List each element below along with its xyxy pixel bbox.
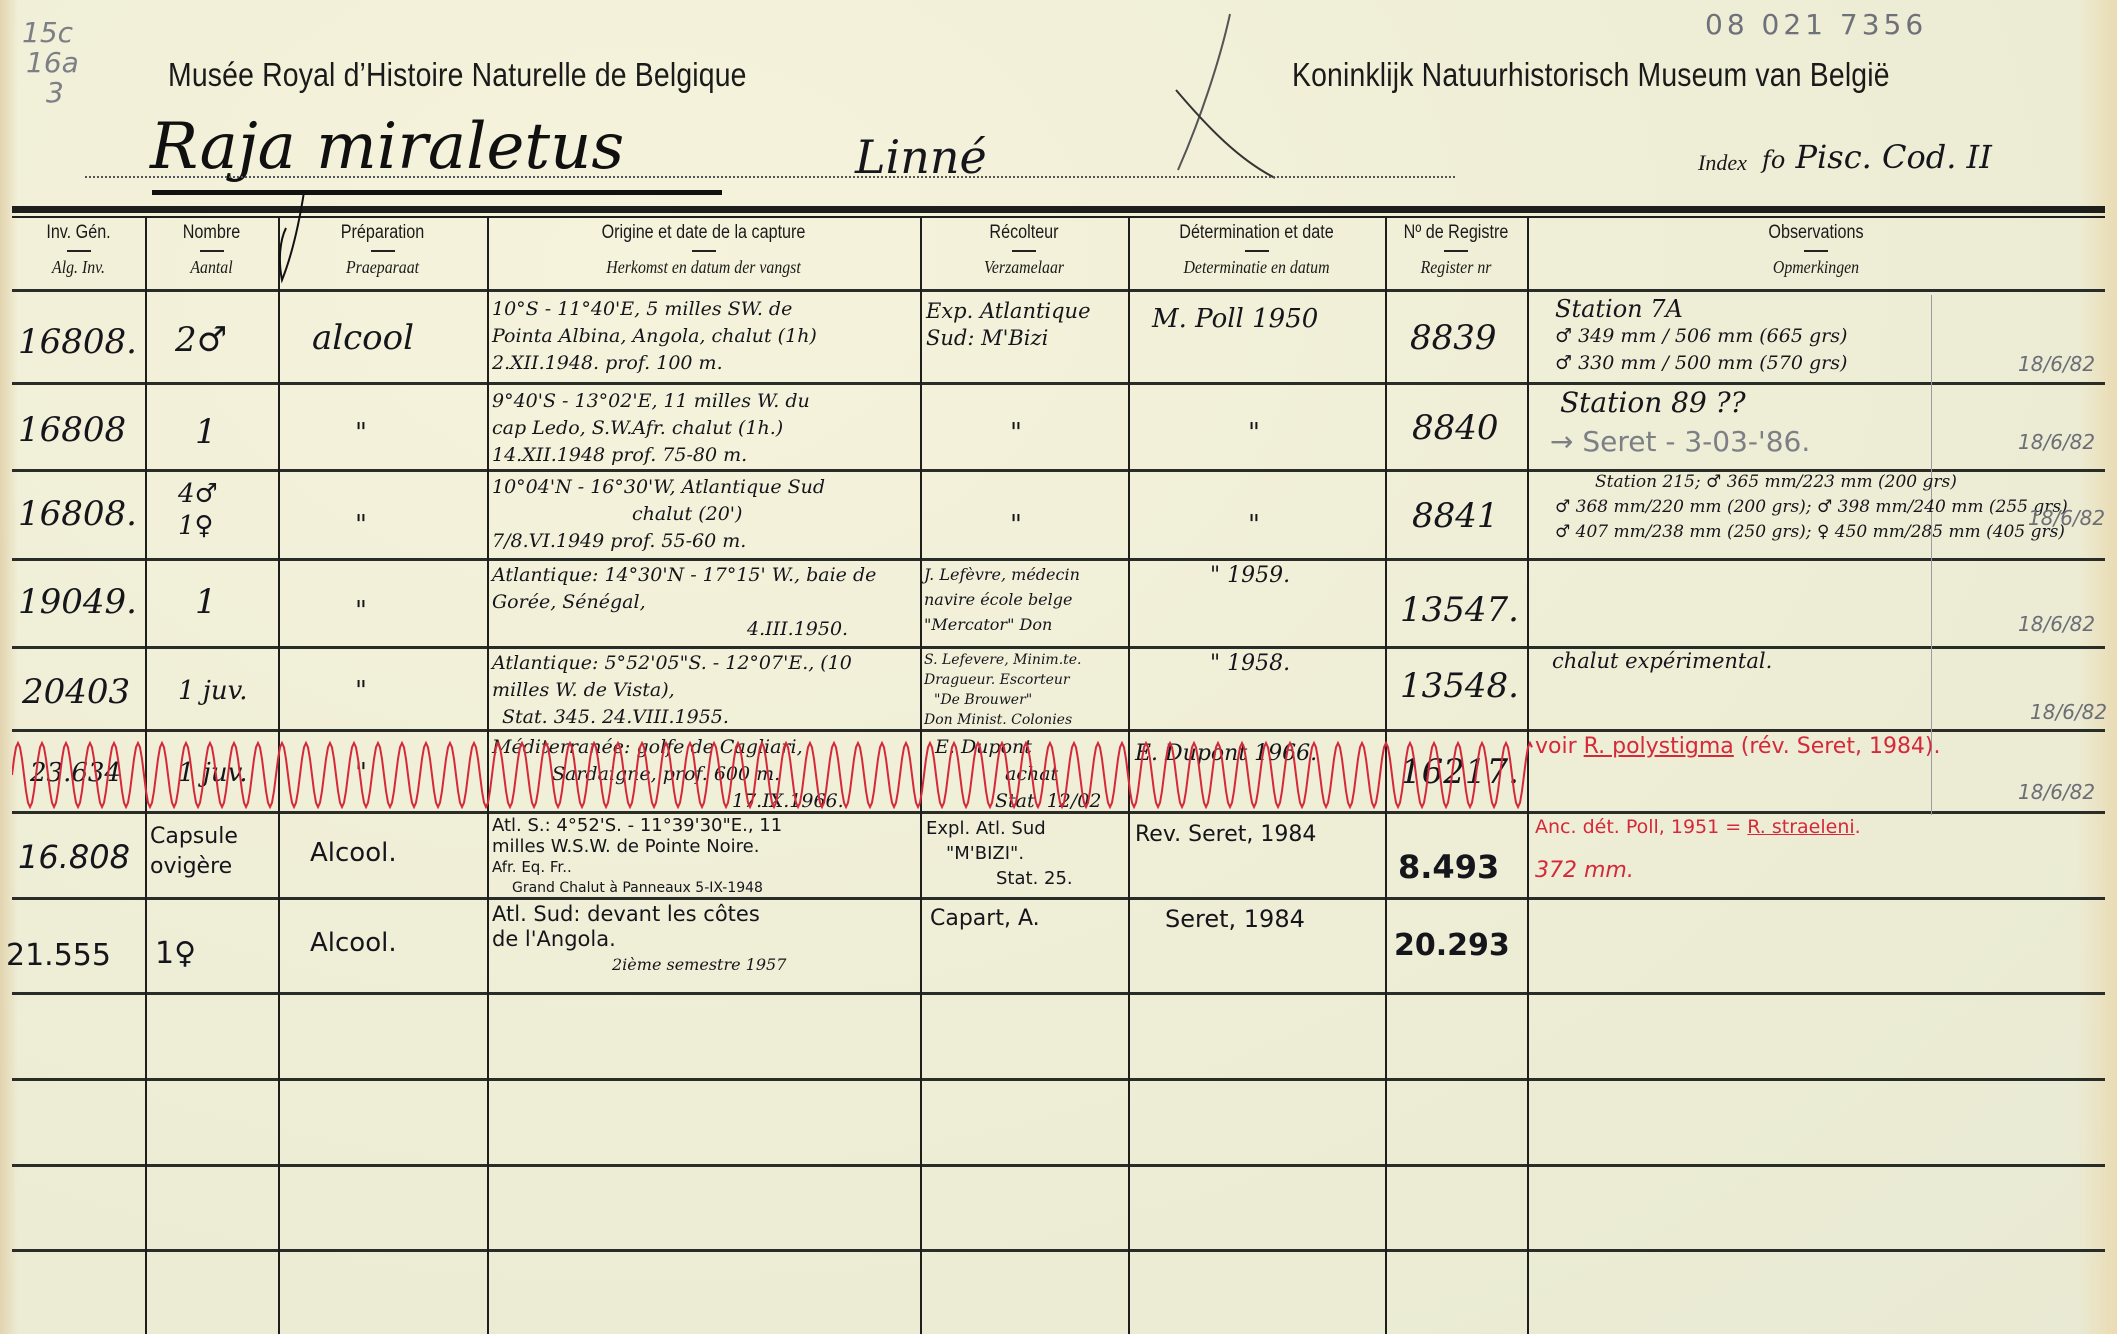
cell-determination: Seret, 1984 (1165, 905, 1305, 933)
pencil-note: 15c (22, 18, 79, 48)
cell-inv: 16808. (18, 494, 137, 534)
row-rule (12, 1249, 2105, 1252)
row-rule (12, 1078, 2105, 1081)
pencil-cross-mark-icon (1170, 10, 1280, 180)
header-nl: Opmerkingen (1562, 257, 2071, 278)
cell-origine: Atlantique: 5°52'05"S. - 12°07'E., (10mi… (492, 650, 852, 731)
cell-preparation: " (355, 510, 367, 540)
cell-nombre: 1♀ (155, 936, 196, 971)
cell-inv: 19049. (18, 582, 137, 622)
review-date-stamp: 18/6/82 (2018, 780, 2095, 804)
review-date-stamp: 18/6/82 (2018, 352, 2095, 376)
header-fr: Nombre (155, 222, 268, 244)
cell-preparation: Alcool. (310, 838, 397, 868)
header-fr: Nº de Registre (1396, 222, 1517, 244)
cell-origine: Atl. Sud: devant les côtesde l'Angola.2i… (492, 902, 786, 977)
index-label: Index (1698, 150, 1747, 176)
cell-observations: Station 7A♂ 349 mm / 506 mm (665 grs)♂ 3… (1555, 296, 1847, 377)
cell-registre: 8.493 (1398, 848, 1499, 886)
museum-index-card: 15c 16a 3 08 021 7356 Musée Royal d’Hist… (0, 0, 2117, 1334)
review-date-stamp: 18/6/82 (2018, 430, 2095, 454)
header-nl: Determinatie en datum (1143, 257, 1369, 278)
cell-preparation: " (355, 676, 367, 706)
header-nl: Verzamelaar (932, 257, 1115, 278)
column-header-recolteur: RécolteurVerzamelaar (920, 222, 1128, 278)
index-code: Pisc. Cod. II (1796, 138, 1992, 176)
institution-title-fr: Musée Royal d’Histoire Naturelle de Belg… (168, 56, 747, 94)
column-header-observations: ObservationsOpmerkingen (1527, 222, 2105, 278)
cell-inv: 21.555 (6, 938, 111, 973)
header-nl: Register nr (1394, 257, 1519, 278)
column-header-registre: Nº de RegistreRegister nr (1385, 222, 1527, 278)
institution-title-nl: Koninklijk Natuurhistorisch Museum van B… (1292, 56, 1890, 94)
cell-registre: 13548. (1400, 666, 1519, 706)
header-fr: Détermination et date (1147, 222, 1365, 244)
review-date-stamp: 18/6/82 (2018, 612, 2095, 636)
header-fr: Origine et date de la capture (519, 222, 887, 244)
paper-edge-left (0, 0, 18, 1334)
table-top-rule-thin (12, 216, 2105, 218)
strikethrough-wave-icon (12, 735, 1537, 811)
header-fr: Récolteur (936, 222, 1113, 244)
header-fr: Préparation (294, 222, 472, 244)
index-prefix: fo (1762, 146, 1785, 174)
cell-registre: 8840 (1412, 408, 1499, 448)
index-value: fo Pisc. Cod. II (1762, 138, 1992, 176)
column-header-origine: Origine et date de la captureHerkomst en… (487, 222, 920, 278)
cell-recolteur: " (1010, 418, 1022, 448)
cell-origine: 10°S - 11°40'E, 5 milles SW. dePointa Al… (492, 296, 817, 377)
header-fr: Observations (1570, 222, 2061, 244)
row-rule (12, 558, 2105, 561)
header-nl: Alg. Inv. (20, 257, 137, 278)
column-header-determination: Détermination et dateDeterminatie en dat… (1128, 222, 1385, 278)
cell-recolteur: " (1010, 510, 1022, 540)
row-rule (12, 382, 2105, 385)
cell-recolteur: Capart, A. (930, 906, 1040, 931)
paper-edge-right (2077, 0, 2117, 1334)
cell-origine: 10°04'N - 16°30'W, Atlantique Sudchalut … (492, 474, 825, 555)
catalog-number: 08 021 7356 (1705, 8, 1927, 41)
cell-origine: 9°40'S - 13°02'E, 11 milles W. ducap Led… (492, 388, 810, 469)
cell-nombre: 1 (195, 582, 217, 622)
cell-nombre: Capsuleovigère (150, 822, 238, 882)
cell-preparation: " (355, 596, 367, 626)
species-dotted-line (85, 176, 1455, 178)
row-rule (12, 1164, 2105, 1167)
row-rule (12, 646, 2105, 649)
species-reference-link: R. polystigma (1584, 734, 1734, 759)
cell-nombre: 4♂1♀ (178, 478, 218, 542)
cell-preparation: " (355, 418, 367, 448)
cell-preparation: alcool (312, 318, 414, 358)
cell-nombre: 1 juv. (178, 676, 247, 706)
species-name: Raja miraletus (150, 110, 624, 184)
cell-origine: Atl. S.: 4°52'S. - 11°39'30"E., 11milles… (492, 815, 782, 899)
cell-recolteur: Expl. Atl. Sud"M'BIZI".Stat. 25. (926, 816, 1073, 891)
header-fr: Inv. Gén. (22, 222, 135, 244)
cell-nombre: 2♂ (175, 320, 227, 360)
cell-origine: Atlantique: 14°30'N - 17°15' W., baie de… (492, 562, 876, 643)
cell-preparation: Alcool. (310, 928, 397, 958)
cell-recolteur: Exp. AtlantiqueSud: M'Bizi (926, 298, 1091, 352)
column-header-preparation: PréparationPraeparaat (278, 222, 487, 278)
cell-determination: " 1959. (1210, 562, 1290, 589)
pencil-observation: → Seret - 3-03-'86. (1550, 425, 1810, 458)
table-top-rule-thick (12, 206, 2105, 213)
species-reference-link: R. straeleni (1747, 816, 1854, 838)
cell-determination: M. Poll 1950 (1152, 304, 1318, 334)
cell-inv: 20403 (22, 672, 130, 712)
cell-observations-red: Anc. dét. Poll, 1951 = R. straeleni. 372… (1535, 816, 1861, 883)
header-nl: Praeparaat (291, 257, 475, 278)
header-nl: Aantal (153, 257, 270, 278)
cell-observations-red: voir R. polystigma (rév. Seret, 1984). (1535, 734, 1941, 759)
cell-determination: Rev. Seret, 1984 (1135, 822, 1316, 847)
cell-determination: " (1248, 510, 1260, 540)
cell-observations: Station 215; ♂ 365 mm/223 mm (200 grs)♂ … (1555, 470, 2068, 545)
cell-determination: " (1248, 418, 1260, 448)
column-header-inv: Inv. Gén.Alg. Inv. (12, 222, 145, 278)
corner-pencil-notes: 15c 16a 3 (22, 18, 79, 108)
row-rule (12, 897, 2105, 900)
cell-recolteur: S. Lefevere, Minim.te.Dragueur. Escorteu… (924, 650, 1082, 730)
cell-inv: 16808. (18, 322, 137, 362)
cell-registre: 13547. (1400, 590, 1519, 630)
cell-nombre: 1 (195, 412, 217, 452)
pencil-note: 3 (46, 78, 79, 108)
cell-observations: Station 89 ?? (1560, 386, 1746, 419)
cell-determination: " 1958. (1210, 650, 1290, 677)
review-date-stamp: 18/6/82 (2030, 700, 2107, 724)
cell-observations: chalut expérimental. (1552, 648, 1772, 675)
species-underline (152, 190, 722, 195)
cell-registre: 8841 (1412, 496, 1499, 536)
cell-registre: 8839 (1410, 318, 1497, 358)
cell-inv: 16.808 (18, 838, 130, 876)
column-header-nombre: NombreAantal (145, 222, 278, 278)
cell-registre: 20.293 (1394, 928, 1510, 963)
pencil-note: 16a (26, 48, 79, 78)
review-date-stamp: 18/6/82 (2028, 506, 2105, 530)
cell-inv: 16808 (18, 410, 126, 450)
cell-recolteur: J. Lefèvre, médecinnavire école belge"Me… (924, 562, 1080, 637)
header-nl: Herkomst en datum der vangst (513, 257, 894, 278)
header-bottom-rule (12, 289, 2105, 292)
row-rule (12, 992, 2105, 995)
